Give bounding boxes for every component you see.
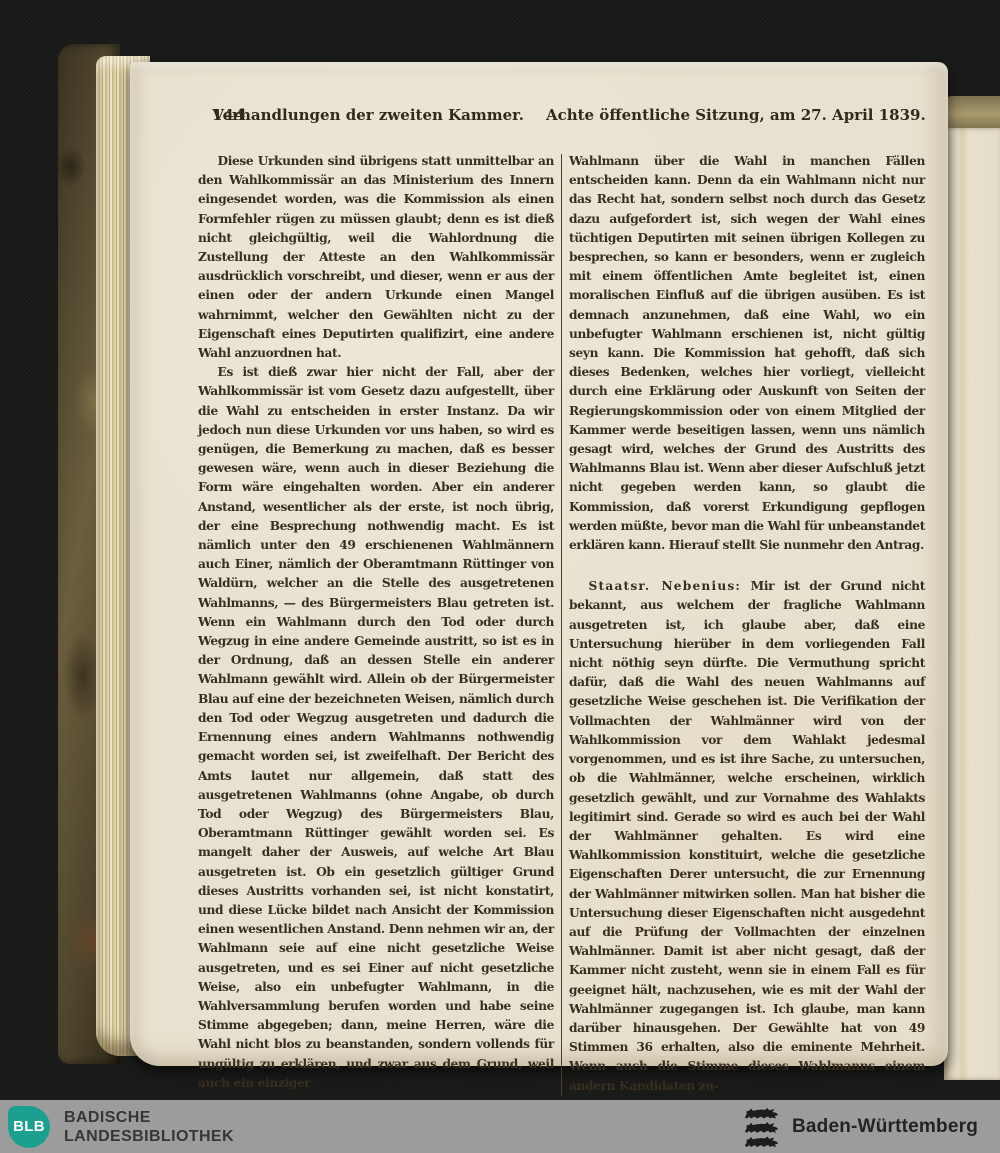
running-header-right: Achte öffentliche Sitzung, am 27. April … (546, 106, 926, 124)
two-column-text: Diese Urkunden sind übrigens statt unmit… (198, 152, 940, 1096)
running-header: Verhandlungen der zweiten Kammer.Achte ö… (198, 106, 940, 124)
column-divider-rule (561, 154, 562, 1096)
paragraph: Diese Urkunden sind übrigens statt unmit… (198, 152, 554, 363)
region-name: Baden-Württemberg (792, 1116, 978, 1138)
baden-wuerttemberg-logo[interactable]: Baden-Württemberg (742, 1106, 978, 1148)
library-name: BADISCHE LANDESBIBLIOTHEK (64, 1108, 234, 1146)
viewer-footer-bar: BLB BADISCHE LANDESBIBLIOTHEK Baden-Würt… (0, 1100, 1000, 1153)
page-headline: 144 Verhandlungen der zweiten Kammer.Ach… (198, 106, 940, 128)
right-text-column: Wahlmann über die Wahl in manchen Fällen… (569, 152, 925, 1096)
speaker-name: Staatsr. Nebenius: (589, 579, 742, 593)
paragraph: Es ist dieß zwar hier nicht der Fall, ab… (198, 363, 554, 1093)
scanned-page: 144 Verhandlungen der zweiten Kammer.Ach… (130, 62, 948, 1066)
running-header-left: Verhandlungen der zweiten Kammer. (212, 106, 524, 124)
blb-logo-icon: BLB (8, 1106, 50, 1148)
left-text-column: Diese Urkunden sind übrigens statt unmit… (198, 152, 554, 1096)
page-number: 144 (212, 106, 246, 124)
blb-logo-abbr: BLB (13, 1118, 45, 1135)
speech-paragraph: Staatsr. Nebenius: Mir ist der Grund nic… (569, 577, 925, 1095)
speech-text: Mir ist der Grund nicht bekannt, aus wel… (569, 579, 925, 1092)
library-name-line1: BADISCHE (64, 1108, 234, 1127)
scan-viewer: 144 Verhandlungen der zweiten Kammer.Ach… (0, 0, 1000, 1153)
blb-library-logo[interactable]: BLB BADISCHE LANDESBIBLIOTHEK (8, 1106, 234, 1148)
baden-wuerttemberg-coat-of-arms-icon (742, 1106, 780, 1148)
paragraph-continuation: Wahlmann über die Wahl in manchen Fällen… (569, 152, 925, 555)
library-name-line2: LANDESBIBLIOTHEK (64, 1127, 234, 1146)
facing-page-edge (944, 128, 1000, 1080)
page-text-block: 144 Verhandlungen der zweiten Kammer.Ach… (198, 106, 940, 1096)
